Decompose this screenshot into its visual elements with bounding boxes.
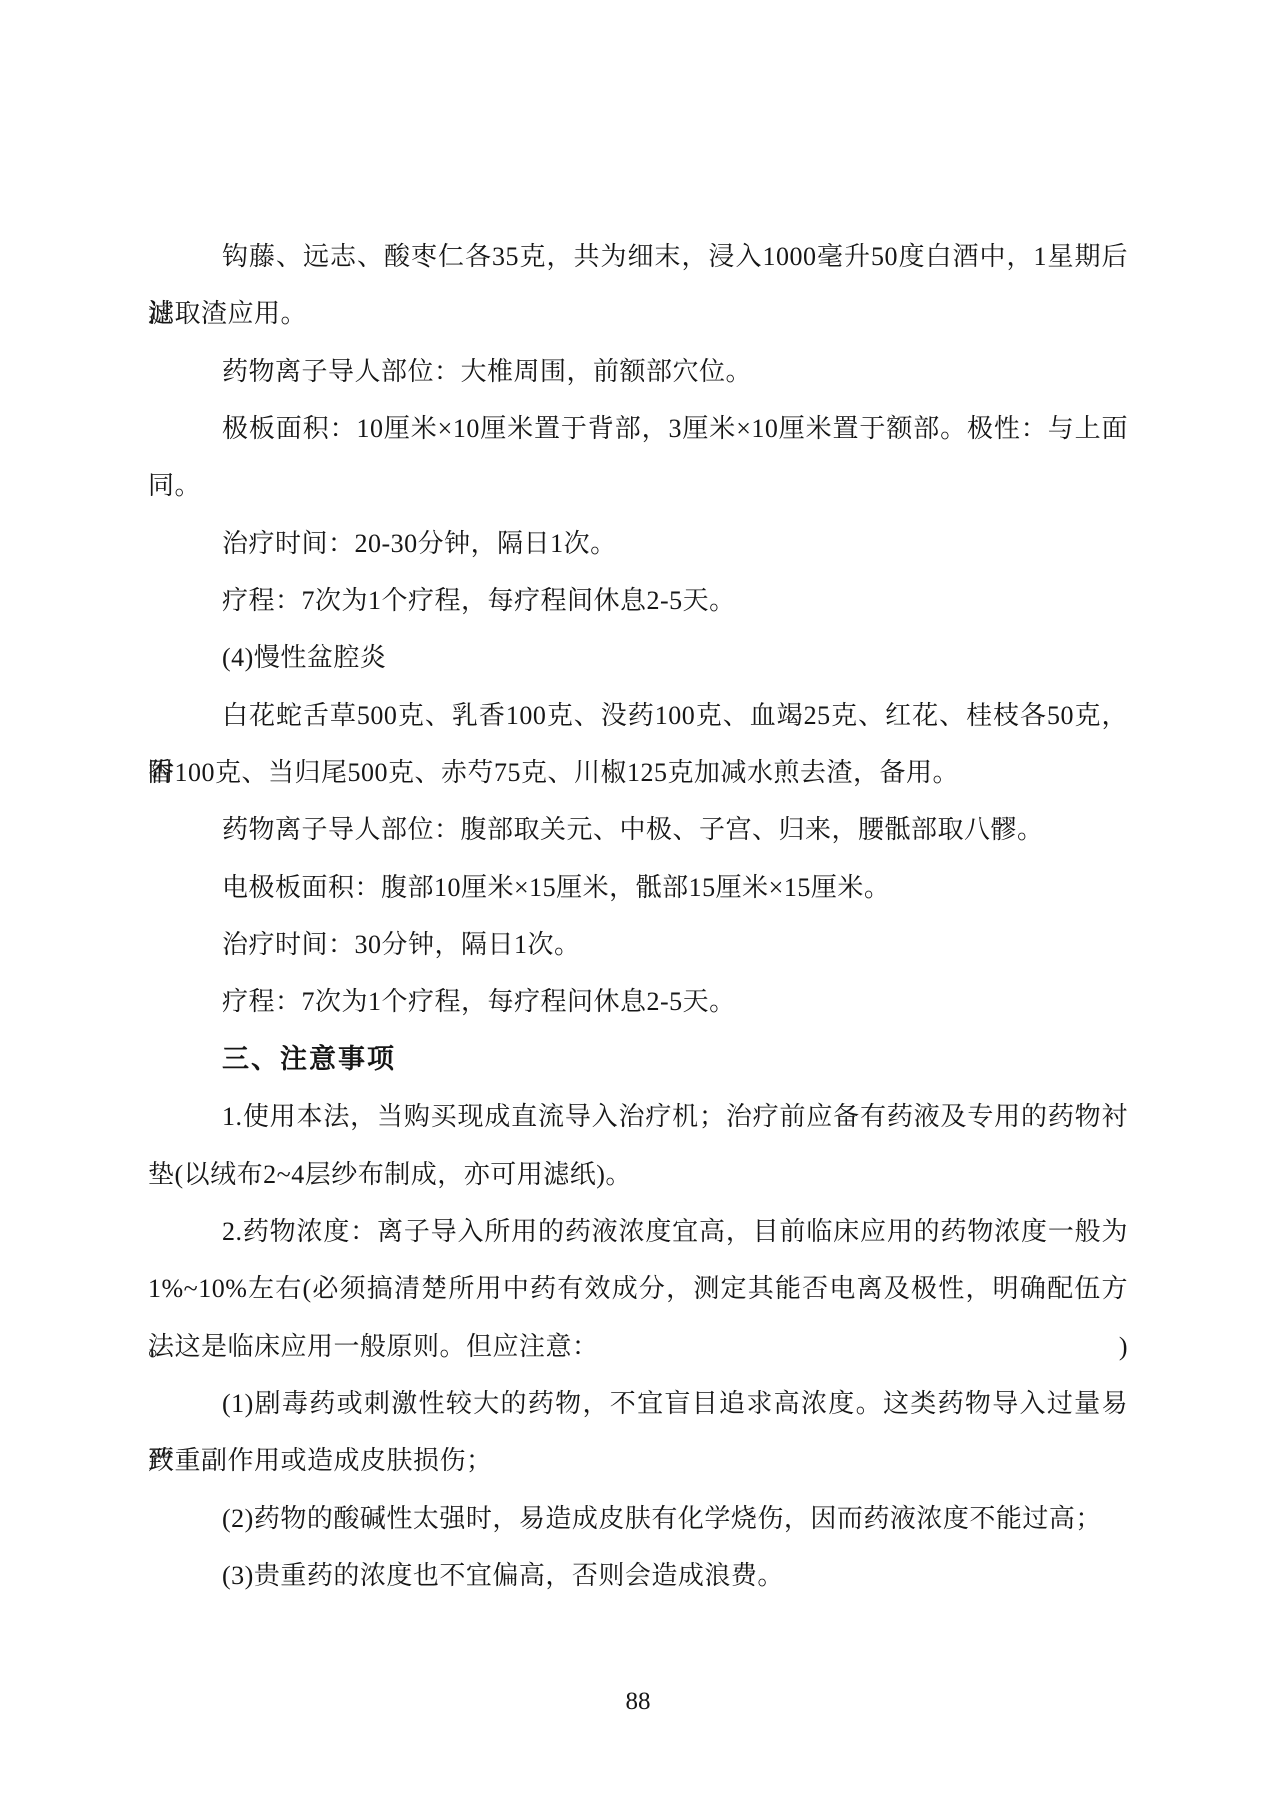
text-line: 滤取渣应用。 <box>148 285 1128 342</box>
text-line: 白花蛇舌草500克、乳香100克、没药100克、血竭25克、红花、桂枝各50克，… <box>148 687 1128 744</box>
text-line: 附100克、当归尾500克、赤芍75克、川椒125克加减水煎去渣，备用。 <box>148 744 1128 801</box>
text-line: 钩藤、远志、酸枣仁各35克，共为细末，浸入1000毫升50度白酒中，1星期后过 <box>148 228 1128 285</box>
text-line: 极板面积：10厘米×10厘米置于背部，3厘米×10厘米置于额部。极性：与上面 <box>148 400 1128 457</box>
text-line: 1%~10%左右(必须搞清楚所用中药有效成分，测定其能否电离及极性，明确配伍方法… <box>148 1260 1128 1317</box>
text-line: (3)贵重药的浓度也不宜偏高，否则会造成浪费。 <box>148 1547 1128 1604</box>
document-page: 钩藤、远志、酸枣仁各35克，共为细末，浸入1000毫升50度白酒中，1星期后过滤… <box>0 0 1274 1801</box>
text-line: (1)剧毒药或刺激性较大的药物，不宜盲目追求高浓度。这类药物导入过量易致 <box>148 1375 1128 1432</box>
page-body-text: 钩藤、远志、酸枣仁各35克，共为细末，浸入1000毫升50度白酒中，1星期后过滤… <box>148 228 1128 1604</box>
text-line: 药物离子导人部位：腹部取关元、中极、子宫、归来，腰骶部取八髎。 <box>148 801 1128 858</box>
text-line: (4)慢性盆腔炎 <box>148 629 1128 686</box>
text-line: 疗程：7次为1个疗程，每疗程问休息2-5天。 <box>148 973 1128 1030</box>
text-line: 严重副作用或造成皮肤损伤； <box>148 1432 1128 1489</box>
text-line: 同。 <box>148 457 1128 514</box>
text-line: 2.药物浓度：离子导入所用的药液浓度宜高，目前临床应用的药物浓度一般为 <box>148 1203 1128 1260</box>
text-line: 治疗时间：20-30分钟，隔日1次。 <box>148 515 1128 572</box>
page-number: 88 <box>148 1686 1128 1718</box>
text-line: 垫(以绒布2~4层纱布制成，亦可用滤纸)。 <box>148 1146 1128 1203</box>
section-heading: 三、注意事项 <box>148 1031 1128 1088</box>
text-line: 治疗时间：30分钟，隔日1次。 <box>148 916 1128 973</box>
text-line: 疗程：7次为1个疗程，每疗程间休息2-5天。 <box>148 572 1128 629</box>
text-line: 药物离子导人部位：大椎周围，前额部穴位。 <box>148 343 1128 400</box>
text-line: (2)药物的酸碱性太强时，易造成皮肤有化学烧伤，因而药液浓度不能过高； <box>148 1490 1128 1547</box>
text-line: 1.使用本法，当购买现成直流导入治疗机；治疗前应备有药液及专用的药物衬 <box>148 1088 1128 1145</box>
text-line: 电极板面积：腹部10厘米×15厘米，骶部15厘米×15厘米。 <box>148 859 1128 916</box>
